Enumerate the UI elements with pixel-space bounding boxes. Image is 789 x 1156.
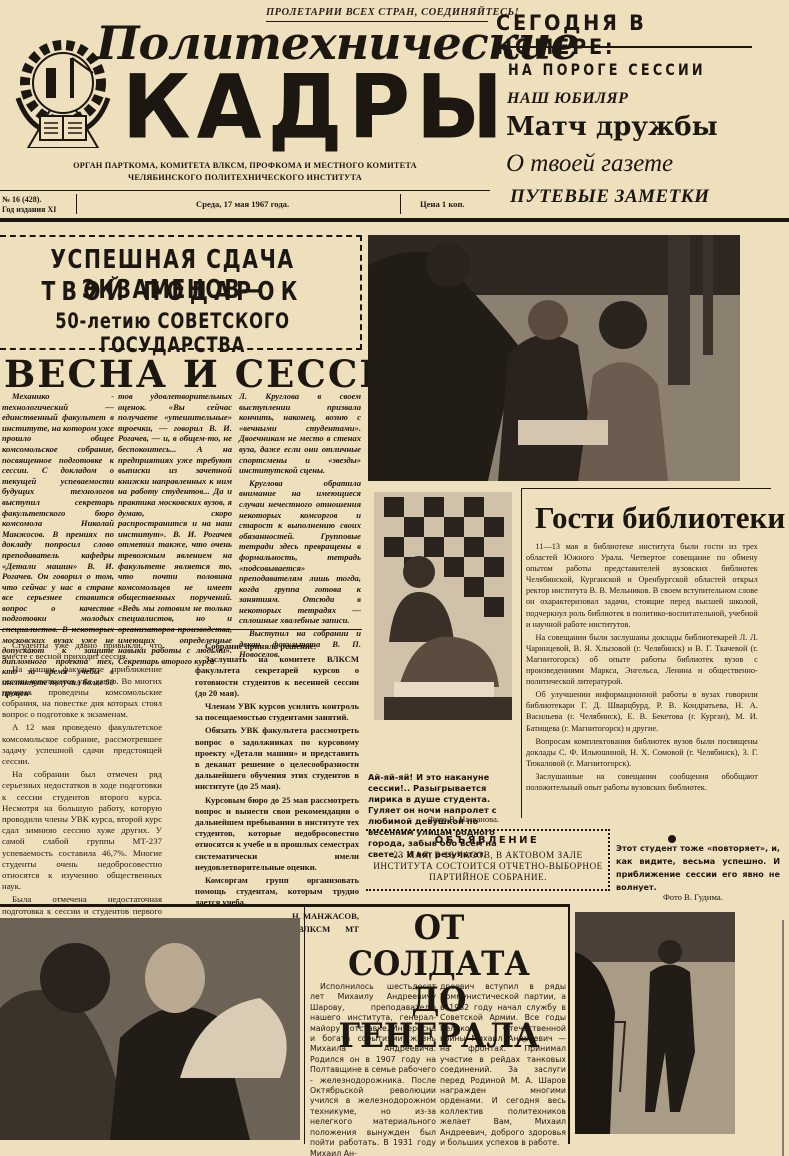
article-text: дреевич вступил в ряды Коммунистической … — [440, 982, 566, 1149]
article-text: Заслушать на комитете ВЛКСМ факультета с… — [195, 654, 359, 699]
issue-number: № 16 (428). Год издания XI — [2, 195, 56, 215]
article-spring-col-2: тов удовлетворительных оценок. «Вы сейча… — [118, 391, 232, 668]
article-text: На нашем факультете приближение сессии ч… — [2, 664, 162, 720]
article-spring-col-3: Л. Круглова в своем выступлении призвала… — [239, 391, 361, 662]
article-text: Об улучшении информационной работы в вуз… — [526, 689, 758, 733]
announcement-heading: ОБЪЯВЛЕНИЕ — [366, 835, 608, 846]
photo-general-award — [0, 918, 300, 1140]
in-this-issue-heading: СЕГОДНЯ В НОМЕРЕ: — [496, 11, 766, 59]
announcement-box: ОБЪЯВЛЕНИЕ 23 МАЯ, В 16 ЧАСОВ, В АКТОВОМ… — [366, 829, 610, 891]
masthead-organ: ОРГАН ПАРТКОМА, КОМИТЕТА ВЛКСМ, ПРОФКОМА… — [0, 160, 490, 184]
article-text: Студенты уже давно привыкли, что вместе … — [2, 640, 162, 662]
article-text: Собрание приняло решение: — [195, 641, 359, 652]
in-this-issue-item: НА ПОРОГЕ СЕССИИ — [508, 60, 706, 79]
masthead-title-main: КАДРЫ — [122, 60, 509, 155]
article-text: Курсовым бюро до 25 мая рассмотреть вопр… — [195, 795, 359, 873]
article-text: Круглова обратила внимание на имеющиеся … — [239, 478, 361, 626]
in-this-issue-item: НАШ ЮБИЛЯР — [507, 90, 628, 108]
organ-line-2: ЧЕЛЯБИНСКОГО ПОЛИТЕХНИЧЕСКОГО ИНСТИТУТА — [0, 172, 490, 184]
year-of-publication: Год издания XI — [2, 205, 56, 215]
slogan-line-3: 50-летию СОВЕТСКОГО ГОСУДАРСТВА — [38, 309, 307, 357]
in-this-issue-item: О твоей газете — [506, 150, 673, 178]
article-text: На совещании были заслушаны доклады библ… — [526, 632, 758, 687]
slogan-line-2: ТВОЙ ПОДАРОК — [38, 277, 307, 307]
photo-sleeping-student — [374, 492, 512, 720]
in-this-issue-item: ПУТЕВЫЕ ЗАМЕТКИ — [510, 186, 709, 208]
article-text: тов удовлетворительных оценок. «Вы сейча… — [118, 391, 232, 666]
photo-student-caption: Этот студент тоже «повторяет», и, как ви… — [616, 842, 780, 894]
article-text: Л. Круглова в своем выступлении призвала… — [239, 391, 361, 476]
slogan-box: УСПЕШНАЯ СДАЧА ЭКЗАМЕНОВ— ТВОЙ ПОДАРОК 5… — [0, 235, 362, 350]
photo-students-studying — [368, 235, 740, 481]
announcement-body: 23 МАЯ, В 16 ЧАСОВ, В АКТОВОМ ЗАЛЕ ИНСТИ… — [372, 850, 604, 883]
photo-student-credit: Фото В. Гудима. — [663, 892, 723, 902]
issue-date: Среда, 17 мая 1967 года. — [196, 199, 289, 209]
article-students-col-1: Студенты уже давно привыкли, что вместе … — [2, 640, 162, 930]
article-text: Заслушанные на совещании сообщения обобщ… — [526, 771, 758, 793]
article-text: 11—13 мая в библиотеке института были го… — [526, 541, 758, 630]
issue-price: Цена 1 коп. — [420, 199, 465, 209]
issue-number-text: № 16 (428). — [2, 195, 56, 205]
in-this-issue-item: Матч дружбы — [506, 112, 718, 142]
article-text: А 12 мая проведено факультетское комсомо… — [2, 722, 162, 767]
article-text: Членам УВК курсов усилить контроль за по… — [195, 701, 359, 723]
photo-student-walking — [575, 912, 735, 1134]
article-text: Обязать УВК факультета рассмотреть вопро… — [195, 725, 359, 792]
article-library-body: 11—13 мая в библиотеке института были го… — [526, 541, 758, 795]
article-library-headline: Гости библиотеки — [535, 500, 785, 536]
organ-line-1: ОРГАН ПАРТКОМА, КОМИТЕТА ВЛКСМ, ПРОФКОМА… — [0, 160, 490, 172]
article-text: Вопросам комплектования библиотек вузов … — [526, 736, 758, 769]
article-students-col-2: Собрание приняло решение: Заслушать на к… — [195, 641, 359, 948]
article-spring-headline: ВЕСНА И СЕССИЯ — [4, 352, 431, 396]
article-text: На собрании был отмечен ряд серьезных не… — [2, 769, 162, 892]
article-general-col-2: дреевич вступил в ряды Коммунистической … — [440, 982, 566, 1151]
photo-sleeping-credit: Фото В. Названова. — [428, 814, 499, 824]
article-general-col-1: Исполнилось шестьдесят лет Михаилу Андре… — [310, 982, 436, 1156]
headline-line-1: ОТ СОЛДАТА — [318, 910, 559, 982]
article-text: Исполнилось шестьдесят лет Михаилу Андре… — [310, 982, 436, 1156]
